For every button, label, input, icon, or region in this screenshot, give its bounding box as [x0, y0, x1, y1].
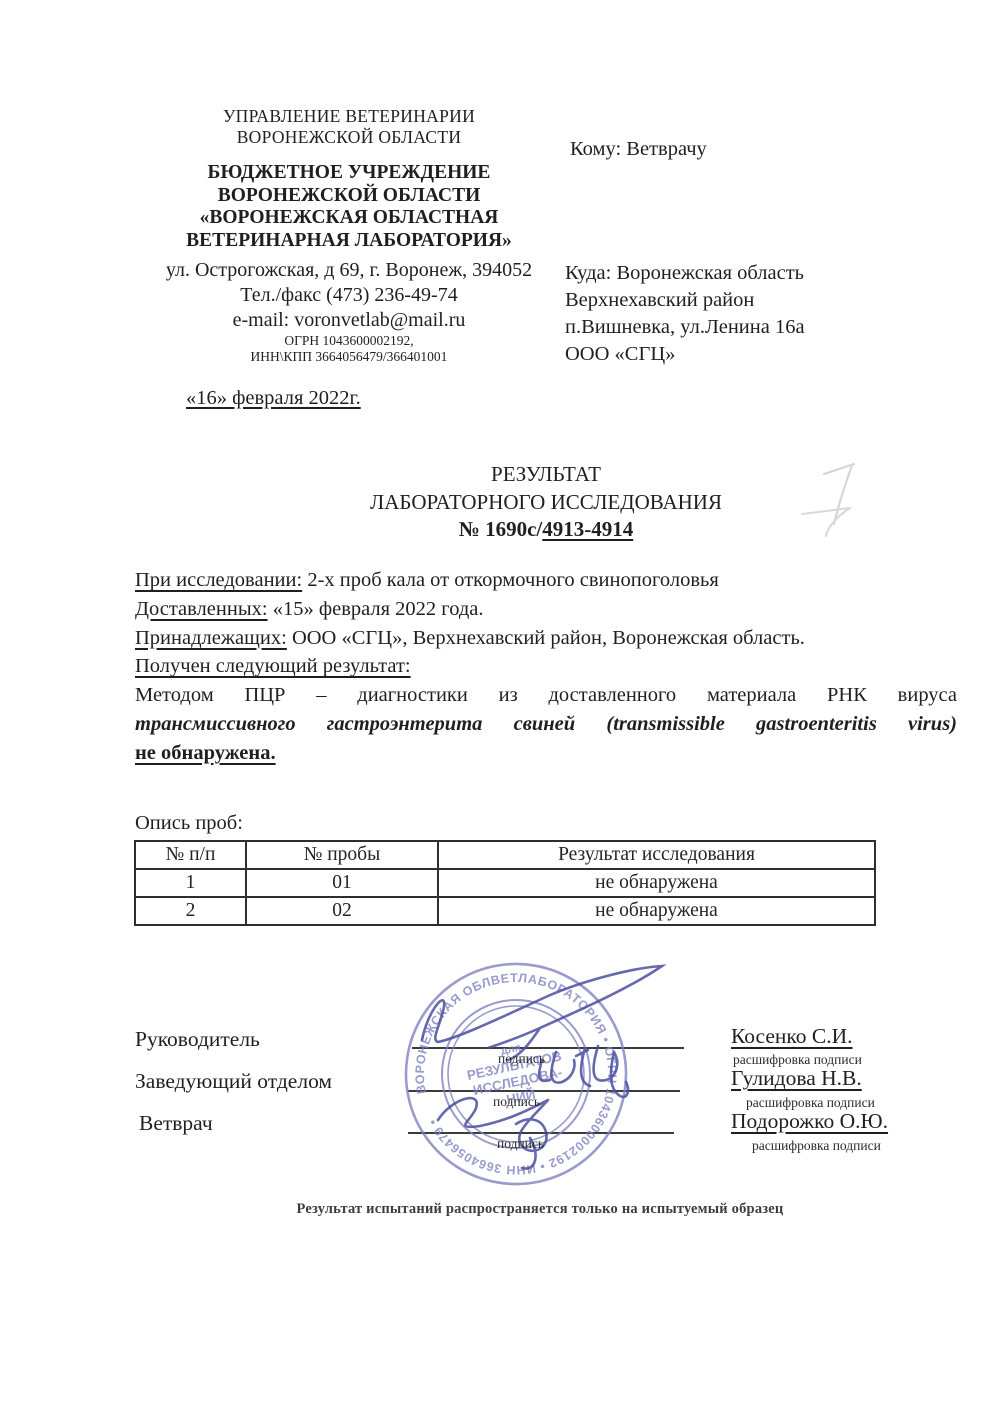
col-header-index: № п/п [135, 841, 246, 869]
org-line4: ВЕТЕРИНАРНАЯ ЛАБОРАТОРИЯ» [128, 230, 570, 253]
signature-role-vet: Ветврач [139, 1111, 213, 1136]
body-line4-label: Получен следующий результат: [135, 655, 411, 677]
document-date: «16» февраля 2022г. [186, 387, 361, 410]
addressee-where: Куда: Воронежская область Верхнехавский … [565, 260, 805, 368]
body-line2-text: «15» февраля 2022 года. [273, 598, 484, 620]
body-line3-label: Принадлежащих: [135, 627, 287, 649]
footer-note: Результат испытаний распространяется тол… [135, 1201, 945, 1218]
signature-role-director: Руководитель [135, 1027, 260, 1052]
signer-name-vet: Подорожко О.Ю. [731, 1109, 888, 1134]
cell-sample: 01 [246, 869, 438, 897]
number-underlined: 4913-4914 [542, 517, 633, 541]
signer-name-director: Косенко С.И. [731, 1024, 853, 1049]
signer-name-caption: расшифровка подписи [752, 1138, 881, 1154]
col-header-sample: № пробы [246, 841, 438, 869]
result-negative: не обнаружена. [135, 742, 276, 764]
signature-ink-director [422, 966, 662, 1060]
department-line2: ВОРОНЕЖСКОЙ ОБЛАСТИ [128, 127, 570, 148]
samples-label: Опись проб: [135, 812, 243, 835]
body-line1: При исследовании: 2-х проб кала от откор… [135, 566, 957, 595]
signature-ink-head [539, 1046, 628, 1097]
addressee-to: Кому: Ветврачу [570, 138, 707, 161]
body-line4: Получен следующий результат: [135, 652, 957, 681]
document-number: № 1690с/4913-4914 [135, 516, 957, 544]
department-name: УПРАВЛЕНИЕ ВЕТЕРИНАРИИ ВОРОНЕЖСКОЙ ОБЛАС… [128, 106, 570, 148]
result-line2: трансмиссивного гастроэнтерита свиней (t… [135, 710, 957, 739]
where-line2: Верхнехавский район [565, 287, 805, 314]
org-ogrn: ОГРН 1043600002192, [128, 333, 570, 349]
org-inn: ИНН\КПП 3664056479/366401001 [128, 349, 570, 365]
org-phone: Тел./факс (473) 236-49-74 [128, 283, 570, 308]
body-text: При исследовании: 2-х проб кала от откор… [135, 566, 957, 768]
department-line1: УПРАВЛЕНИЕ ВЕТЕРИНАРИИ [128, 106, 570, 127]
document-title: РЕЗУЛЬТАТ ЛАБОРАТОРНОГО ИССЛЕДОВАНИЯ № 1… [135, 461, 957, 544]
org-contacts: ул. Острогожская, д 69, г. Воронеж, 3940… [128, 258, 570, 365]
org-line3: «ВОРОНЕЖСКАЯ ОБЛАСТНАЯ [128, 207, 570, 230]
table-header-row: № п/п № пробы Результат исследования [135, 841, 875, 869]
col-header-result: Результат исследования [438, 841, 875, 869]
samples-table: № п/п № пробы Результат исследования 1 0… [134, 840, 876, 926]
where-line4: ООО «СГЦ» [565, 341, 805, 368]
org-line1: БЮДЖЕТНОЕ УЧРЕЖДЕНИЕ [128, 162, 570, 185]
body-line3: Принадлежащих: ООО «СГЦ», Верхнехавский … [135, 624, 957, 653]
handwritten-signatures [380, 948, 710, 1198]
result-line3: не обнаружена. [135, 739, 957, 768]
body-line2-label: Доставленных: [135, 598, 268, 620]
result-line1: Методом ПЦР – диагностики из доставленно… [135, 681, 957, 710]
org-address: ул. Острогожская, д 69, г. Воронеж, 3940… [128, 258, 570, 283]
signature-caption: подпись [493, 1094, 540, 1110]
org-line2: ВОРОНЕЖСКОЙ ОБЛАСТИ [128, 185, 570, 208]
signature-caption: подпись [498, 1051, 545, 1067]
organization-name: БЮДЖЕТНОЕ УЧРЕЖДЕНИЕ ВОРОНЕЖСКОЙ ОБЛАСТИ… [128, 162, 570, 252]
where-line3: п.Вишневка, ул.Ленина 16а [565, 314, 805, 341]
cell-sample: 02 [246, 897, 438, 925]
document-page: УПРАВЛЕНИЕ ВЕТЕРИНАРИИ ВОРОНЕЖСКОЙ ОБЛАС… [0, 0, 993, 1403]
cell-index: 1 [135, 869, 246, 897]
table-row: 2 02 не обнаружена [135, 897, 875, 925]
table-row: 1 01 не обнаружена [135, 869, 875, 897]
cell-result: не обнаружена [438, 869, 875, 897]
body-line1-text: 2-х проб кала от откормочного свинопогол… [307, 569, 718, 591]
signature-caption: подпись [497, 1136, 544, 1152]
cell-result: не обнаружена [438, 897, 875, 925]
number-prefix: № 1690с/ [459, 517, 543, 541]
cell-index: 2 [135, 897, 246, 925]
title-line1: РЕЗУЛЬТАТ [135, 461, 957, 489]
body-line3-text: ООО «СГЦ», Верхнехавский район, Воронежс… [292, 627, 805, 649]
body-line2: Доставленных: «15» февраля 2022 года. [135, 595, 957, 624]
where-line1: Куда: Воронежская область [565, 260, 805, 287]
signer-name-head: Гулидова Н.В. [731, 1066, 862, 1091]
signature-role-head: Заведующий отделом [135, 1069, 332, 1094]
org-email: e-mail: voronvetlab@mail.ru [128, 308, 570, 333]
title-line2: ЛАБОРАТОРНОГО ИССЛЕДОВАНИЯ [135, 489, 957, 517]
body-line1-label: При исследовании: [135, 569, 302, 591]
